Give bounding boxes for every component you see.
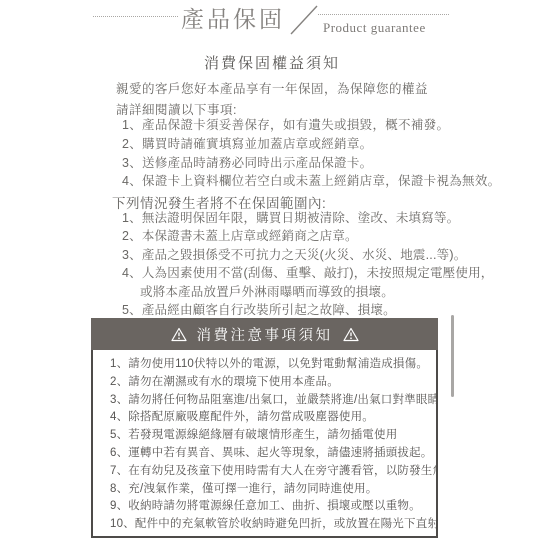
notice-item: 6、運轉中若有異音、異味、起火等現象，請儘速將插頭拔起。 [110,445,432,463]
exclusion-item: 2、本保證書未蓋上店章或經銷商之店章。 [122,227,493,245]
side-accent-line [451,315,454,397]
notice-list: 1、請勿使用110伏特以外的電源，以免對電動幫浦造成損傷。 2、請勿在潮濕或有水… [91,350,438,538]
intro-line: 親愛的客戶您好本產品享有一年保固，為保障您的權益 [116,79,428,100]
notice-item: 5、若發現電源線絕緣層有破壞情形產生，請勿插電使用 [110,427,432,445]
slash-divider-icon [288,3,320,37]
notice-item: 4、除搭配原廠吸塵配件外，請勿當成吸塵器使用。 [110,409,432,427]
brand-subtitle: Product guarantee [323,20,426,36]
warranty-item: 4、保證卡上資料欄位若空白或未蓋上經銷店章，保證卡視為無效。 [122,172,500,191]
page-root: { "header": { "title": "產品保固", "subtitle… [0,0,544,544]
warning-triangle-icon [171,327,187,342]
notice-item: 10、配件中的充氣軟管於收納時避免凹折，或放置在陽光下直射 [110,516,432,534]
warning-triangle-icon [343,327,359,342]
warranty-item: 1、產品保證卡須妥善保存，如有遺失或損毀，概不補發。 [122,116,500,135]
notice-item: 2、請勿在潮濕或有水的環境下使用本產品。 [110,374,432,392]
doc-title: 消費保固權益須知 [0,52,544,73]
warranty-item: 2、購買時請確實填寫並加蓋店章或經銷章。 [122,135,500,154]
intro-paragraph: 親愛的客戶您好本產品享有一年保固，為保障您的權益 請詳細閱讀以下事項: [116,79,428,120]
dotted-rule-right [318,14,449,15]
exclusion-item-continuation: 或將本產品放置戶外淋雨曝晒而導致的損壞。 [140,283,493,301]
warranty-item: 3、送修產品時請務必同時出示產品保證卡。 [122,154,500,173]
notice-title: 消費注意事項須知 [197,324,333,345]
notice-item: 9、收納時請勿將電源線任意加工、曲折、損壞或壓以重物。 [110,498,432,516]
exclusions-list: 1、無法證明保固年限，購買日期被清除、塗改、未填寫等。 2、本保證書未蓋上店章或… [122,209,493,319]
brand-title: 產品保固 [181,1,285,34]
notice-item: 8、充/洩氣作業，僅可擇一進行，請勿同時進使用。 [110,481,432,499]
exclusion-item: 5、產品經由顧客自行改裝所引起之故障、損壞。 [122,301,493,319]
dotted-rule-left [93,16,178,17]
exclusion-item: 3、產品之毀損係受不可抗力之天災(火災、水災、地震...等)。 [122,246,493,264]
notice-item: 7、在有幼兒及孩童下使用時需有大人在旁守護看管，以防發生危險。 [110,463,432,481]
notice-item: 3、請勿將任何物品阻塞進/出氣口，並嚴禁將進/出氣口對準眼睛 [110,392,432,410]
notice-header: 消費注意事項須知 [91,318,438,350]
exclusion-item: 1、無法證明保固年限，購買日期被清除、塗改、未填寫等。 [122,209,493,227]
warranty-list: 1、產品保證卡須妥善保存，如有遺失或損毀，概不補發。 2、購買時請確實填寫並加蓋… [122,116,500,191]
notice-box: 消費注意事項須知 1、請勿使用110伏特以外的電源，以免對電動幫浦造成損傷。 2… [91,318,438,538]
exclusion-item: 4、人為因素使用不當(刮傷、重擊、敲打)，未按照規定電壓使用， [122,264,493,282]
notice-item: 1、請勿使用110伏特以外的電源，以免對電動幫浦造成損傷。 [110,356,432,374]
